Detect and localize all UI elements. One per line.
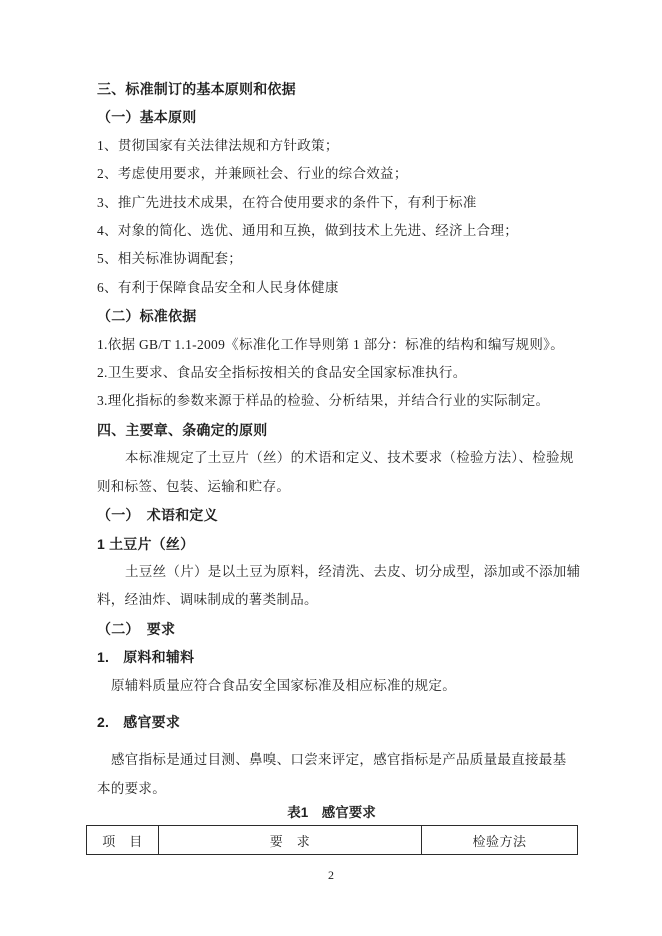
column-header-item: 项 目 [87, 826, 159, 855]
list-item: 4、对象的简化、选优、通用和互换，做到技术上先进、经济上合理； [97, 217, 662, 245]
section4-sub1-heading: （一） 术语和定义 [97, 501, 662, 529]
section3-sub1-heading: （一）基本原则 [97, 103, 662, 131]
section4-heading: 四、主要章、条确定的原则 [97, 416, 662, 444]
paragraph-line: 感官指标是通过目测、鼻嗅、口尝来评定，感官指标是产品质量最直接最基 [97, 746, 662, 774]
requirement1-heading: 1. 原料和辅料 [97, 643, 662, 671]
list-item: 6、有利于保障食品安全和人民身体健康 [97, 274, 662, 302]
table1-header-row: 项 目 要 求 检验方法 [87, 826, 578, 855]
column-header-test-method: 检验方法 [422, 826, 578, 855]
list-item: 2、考虑使用要求，并兼顾社会、行业的综合效益； [97, 160, 662, 188]
section4-sub2-heading: （二） 要求 [97, 615, 662, 643]
term-heading: 1 土豆片（丝） [97, 530, 662, 558]
section3-heading: 三、标准制订的基本原则和依据 [97, 75, 662, 103]
requirement2-heading: 2. 感官要求 [97, 708, 662, 736]
list-item: 3.理化指标的参数来源于样品的检验、分析结果，并结合行业的实际制定。 [97, 387, 662, 415]
list-item: 3、推广先进技术成果，在符合使用要求的条件下，有利于标准 [97, 189, 662, 217]
document-page: 三、标准制订的基本原则和依据 （一）基本原则 1、贯彻国家有关法律法规和方针政策… [0, 0, 662, 936]
list-item: 1、贯彻国家有关法律法规和方针政策； [97, 132, 662, 160]
page-number: 2 [0, 867, 662, 883]
list-item: 2.卫生要求、食品安全指标按相关的食品安全国家标准执行。 [97, 359, 662, 387]
column-header-requirement: 要 求 [159, 826, 422, 855]
list-item: 5、相关标准协调配套； [97, 245, 662, 273]
table1-caption: 表1 感官要求 [86, 803, 577, 823]
paragraph-line: 本标准规定了土豆片（丝）的术语和定义、技术要求（检验方法）、检验规 [97, 444, 662, 472]
document-content: 三、标准制订的基本原则和依据 （一）基本原则 1、贯彻国家有关法律法规和方针政策… [0, 0, 662, 936]
paragraph-line: 则和标签、包装、运输和贮存。 [97, 473, 662, 501]
table1: 项 目 要 求 检验方法 [86, 825, 578, 855]
paragraph-line: 土豆丝（片）是以土豆为原料，经清洗、去皮、切分成型，添加或不添加辅 [97, 558, 662, 586]
section3-sub2-heading: （二）标准依据 [97, 302, 662, 330]
paragraph-line: 料，经油炸、调味制成的薯类制品。 [97, 586, 662, 614]
paragraph-line: 原辅料质量应符合食品安全国家标准及相应标准的规定。 [97, 672, 662, 700]
paragraph-line: 本的要求。 [97, 775, 662, 803]
list-item: 1.依据 GB/T 1.1-2009《标准化工作导则第 1 部分：标准的结构和编… [97, 331, 662, 359]
